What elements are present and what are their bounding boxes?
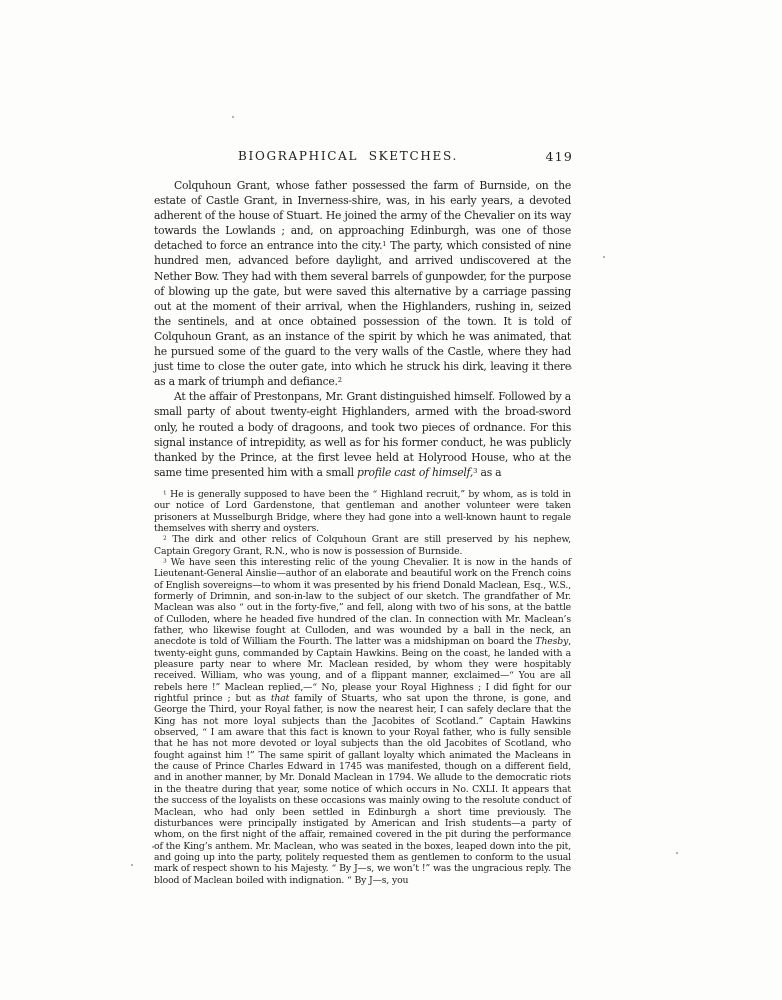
body-paragraph-2: At the affair of Prestonpans, Mr. Grant …	[154, 389, 571, 480]
scan-speck	[603, 256, 605, 258]
body-paragraph-1: Colquhoun Grant, whose father possessed …	[154, 178, 571, 389]
text-column: Colquhoun Grant, whose father possessed …	[154, 178, 571, 886]
scan-speck	[152, 846, 154, 848]
page-number: 419	[546, 148, 573, 165]
scan-speck	[131, 864, 133, 866]
footnote-2: 2 The dirk and other relics of Colquhoun…	[154, 534, 571, 557]
footnotes-section: 1 He is generally supposed to have been …	[154, 489, 571, 886]
book-page: BIOGRAPHICAL SKETCHES. 419 Colquhoun Gra…	[0, 0, 782, 1000]
scan-speck	[676, 852, 678, 854]
footnote-1: 1 He is generally supposed to have been …	[154, 489, 571, 534]
footnote-3: 3 We have seen this interesting relic of…	[154, 557, 571, 886]
scan-speck	[570, 367, 572, 369]
running-header: BIOGRAPHICAL SKETCHES. 419	[154, 148, 571, 165]
scan-speck	[232, 116, 234, 118]
running-header-title: BIOGRAPHICAL SKETCHES.	[238, 148, 458, 165]
